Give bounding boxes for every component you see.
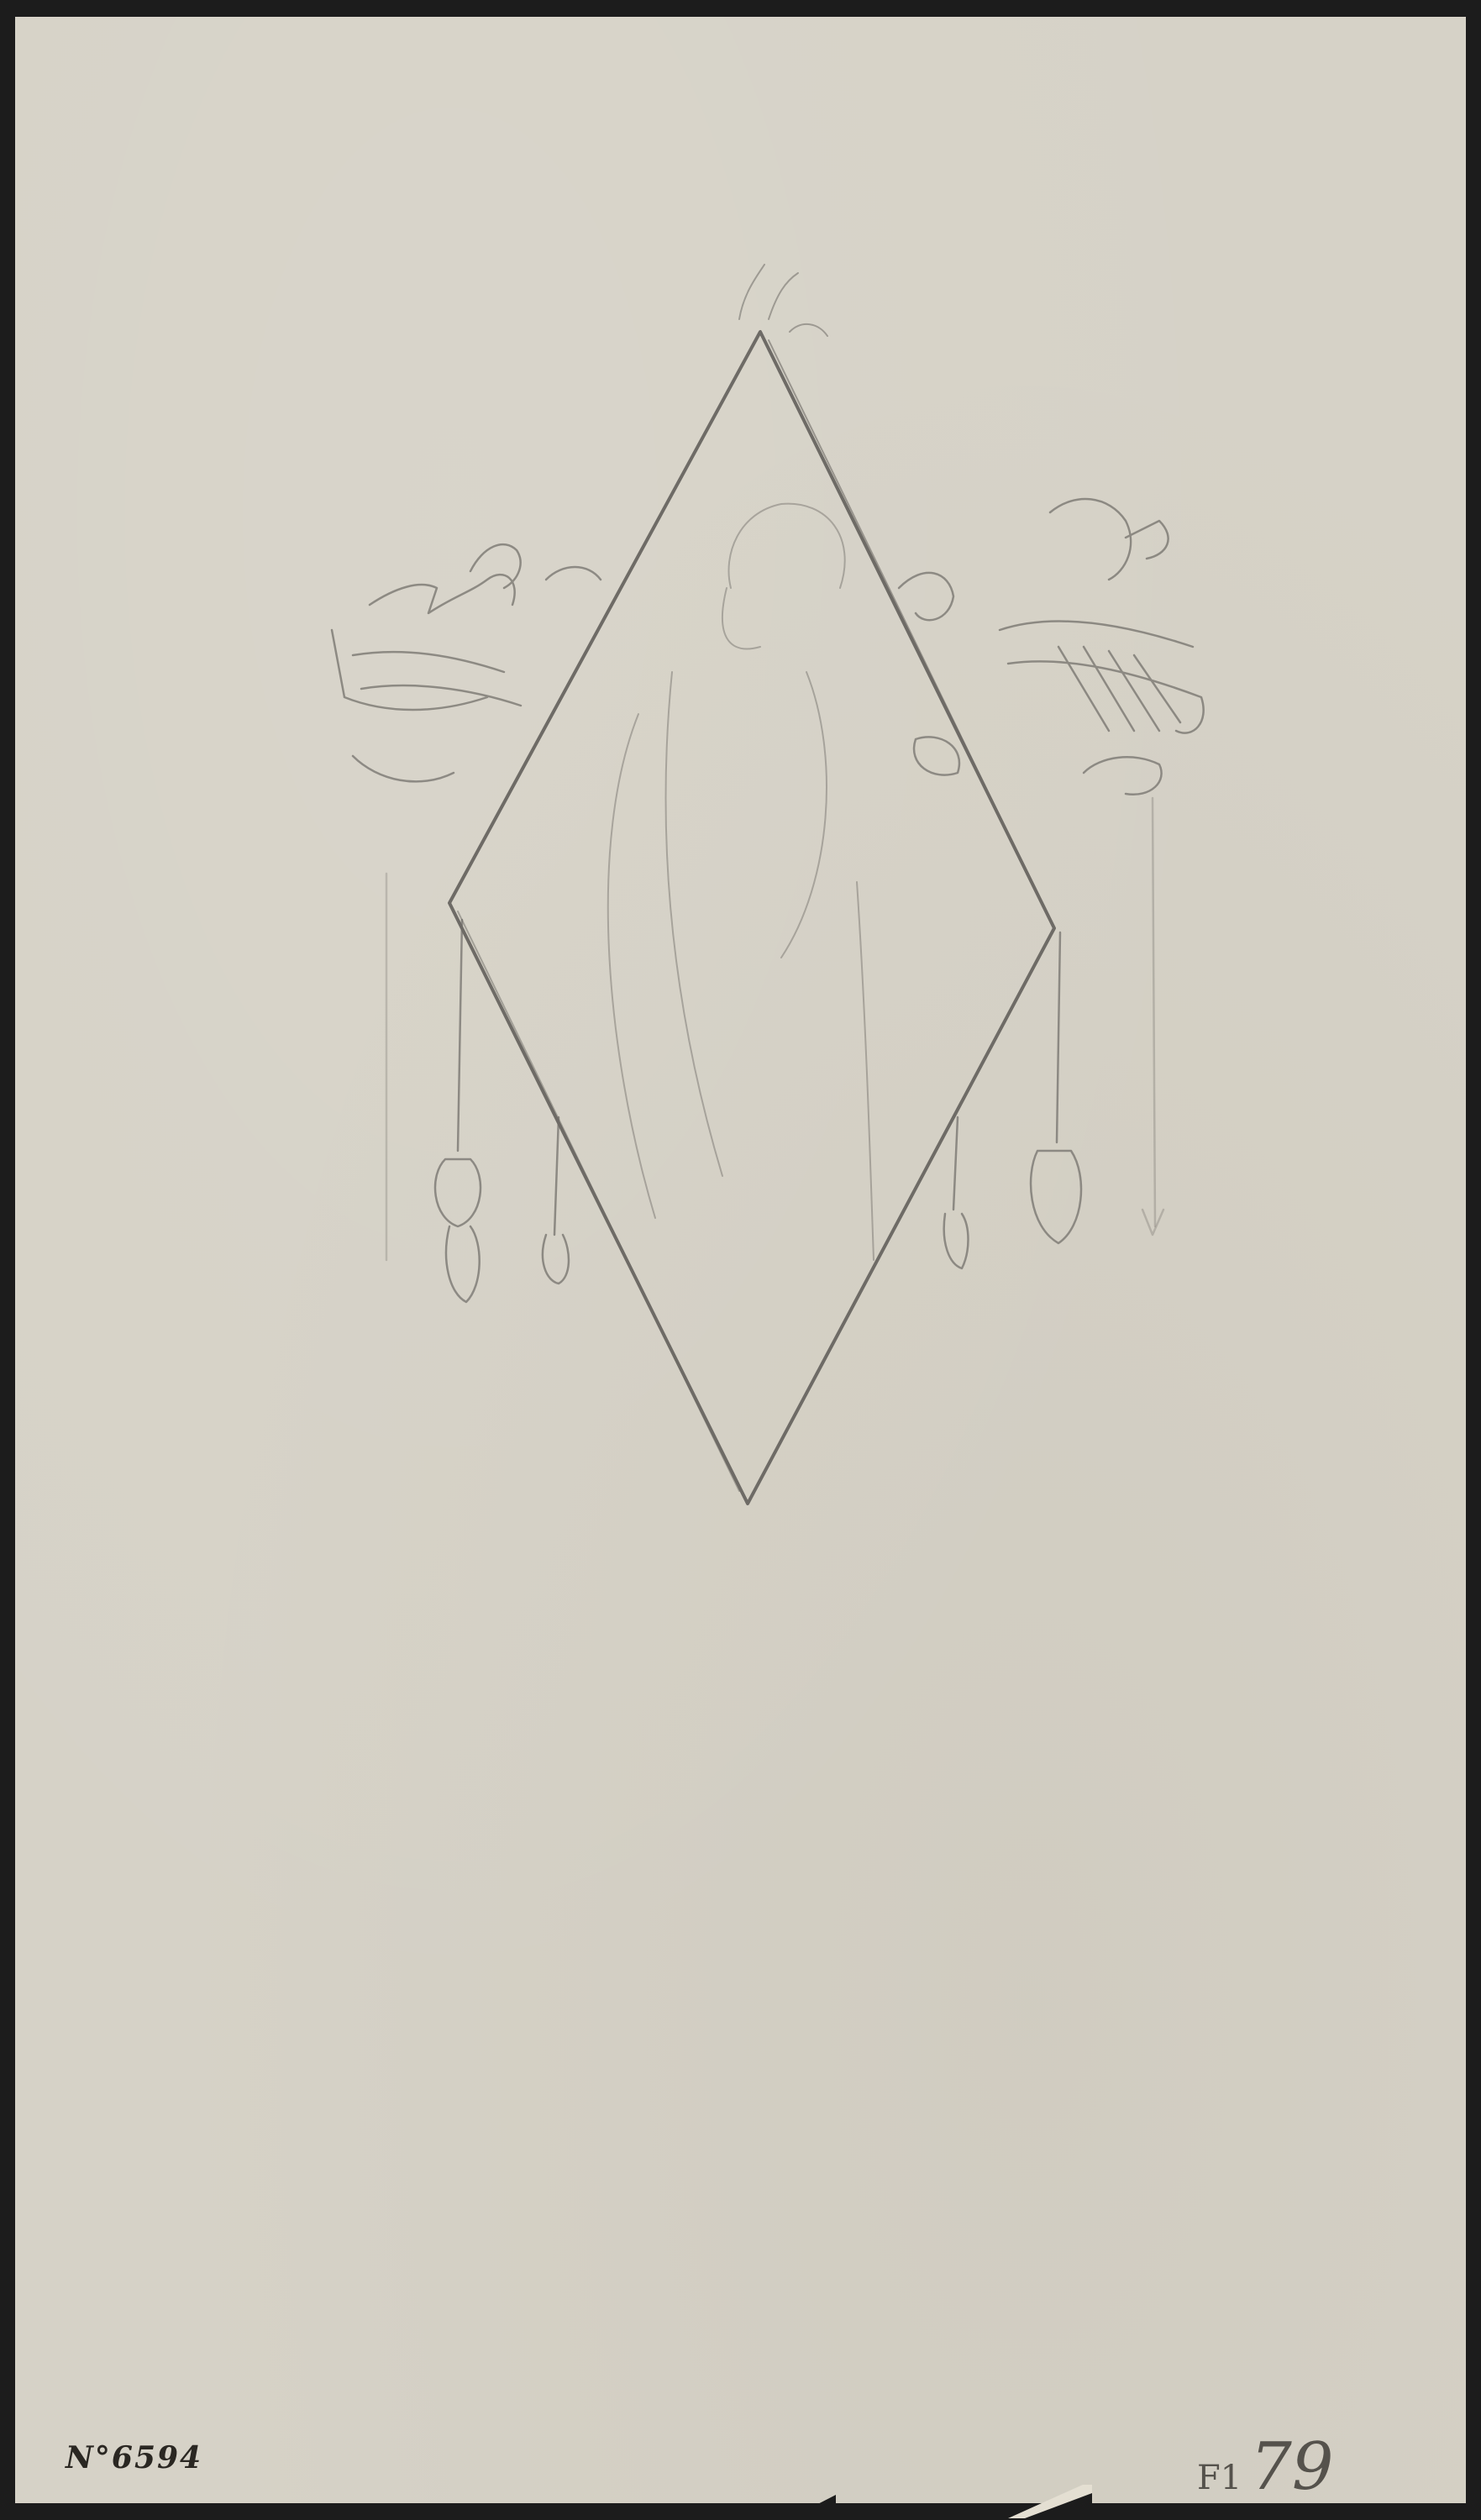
right-bird [899,499,1204,795]
left-bird [332,544,601,781]
folio-number: 79 [1250,2429,1333,2505]
diamond-frame [449,332,1054,1504]
folio-mark: F179 [1197,2429,1333,2505]
top-finial [739,265,827,336]
inventory-number: N°6594 [66,2440,202,2475]
right-tassels [944,798,1163,1268]
folio-prefix: F1 [1197,2459,1242,2497]
central-figure [608,504,874,1260]
pencil-sketch [0,0,1481,2520]
torn-paper-edge [773,2485,1092,2518]
